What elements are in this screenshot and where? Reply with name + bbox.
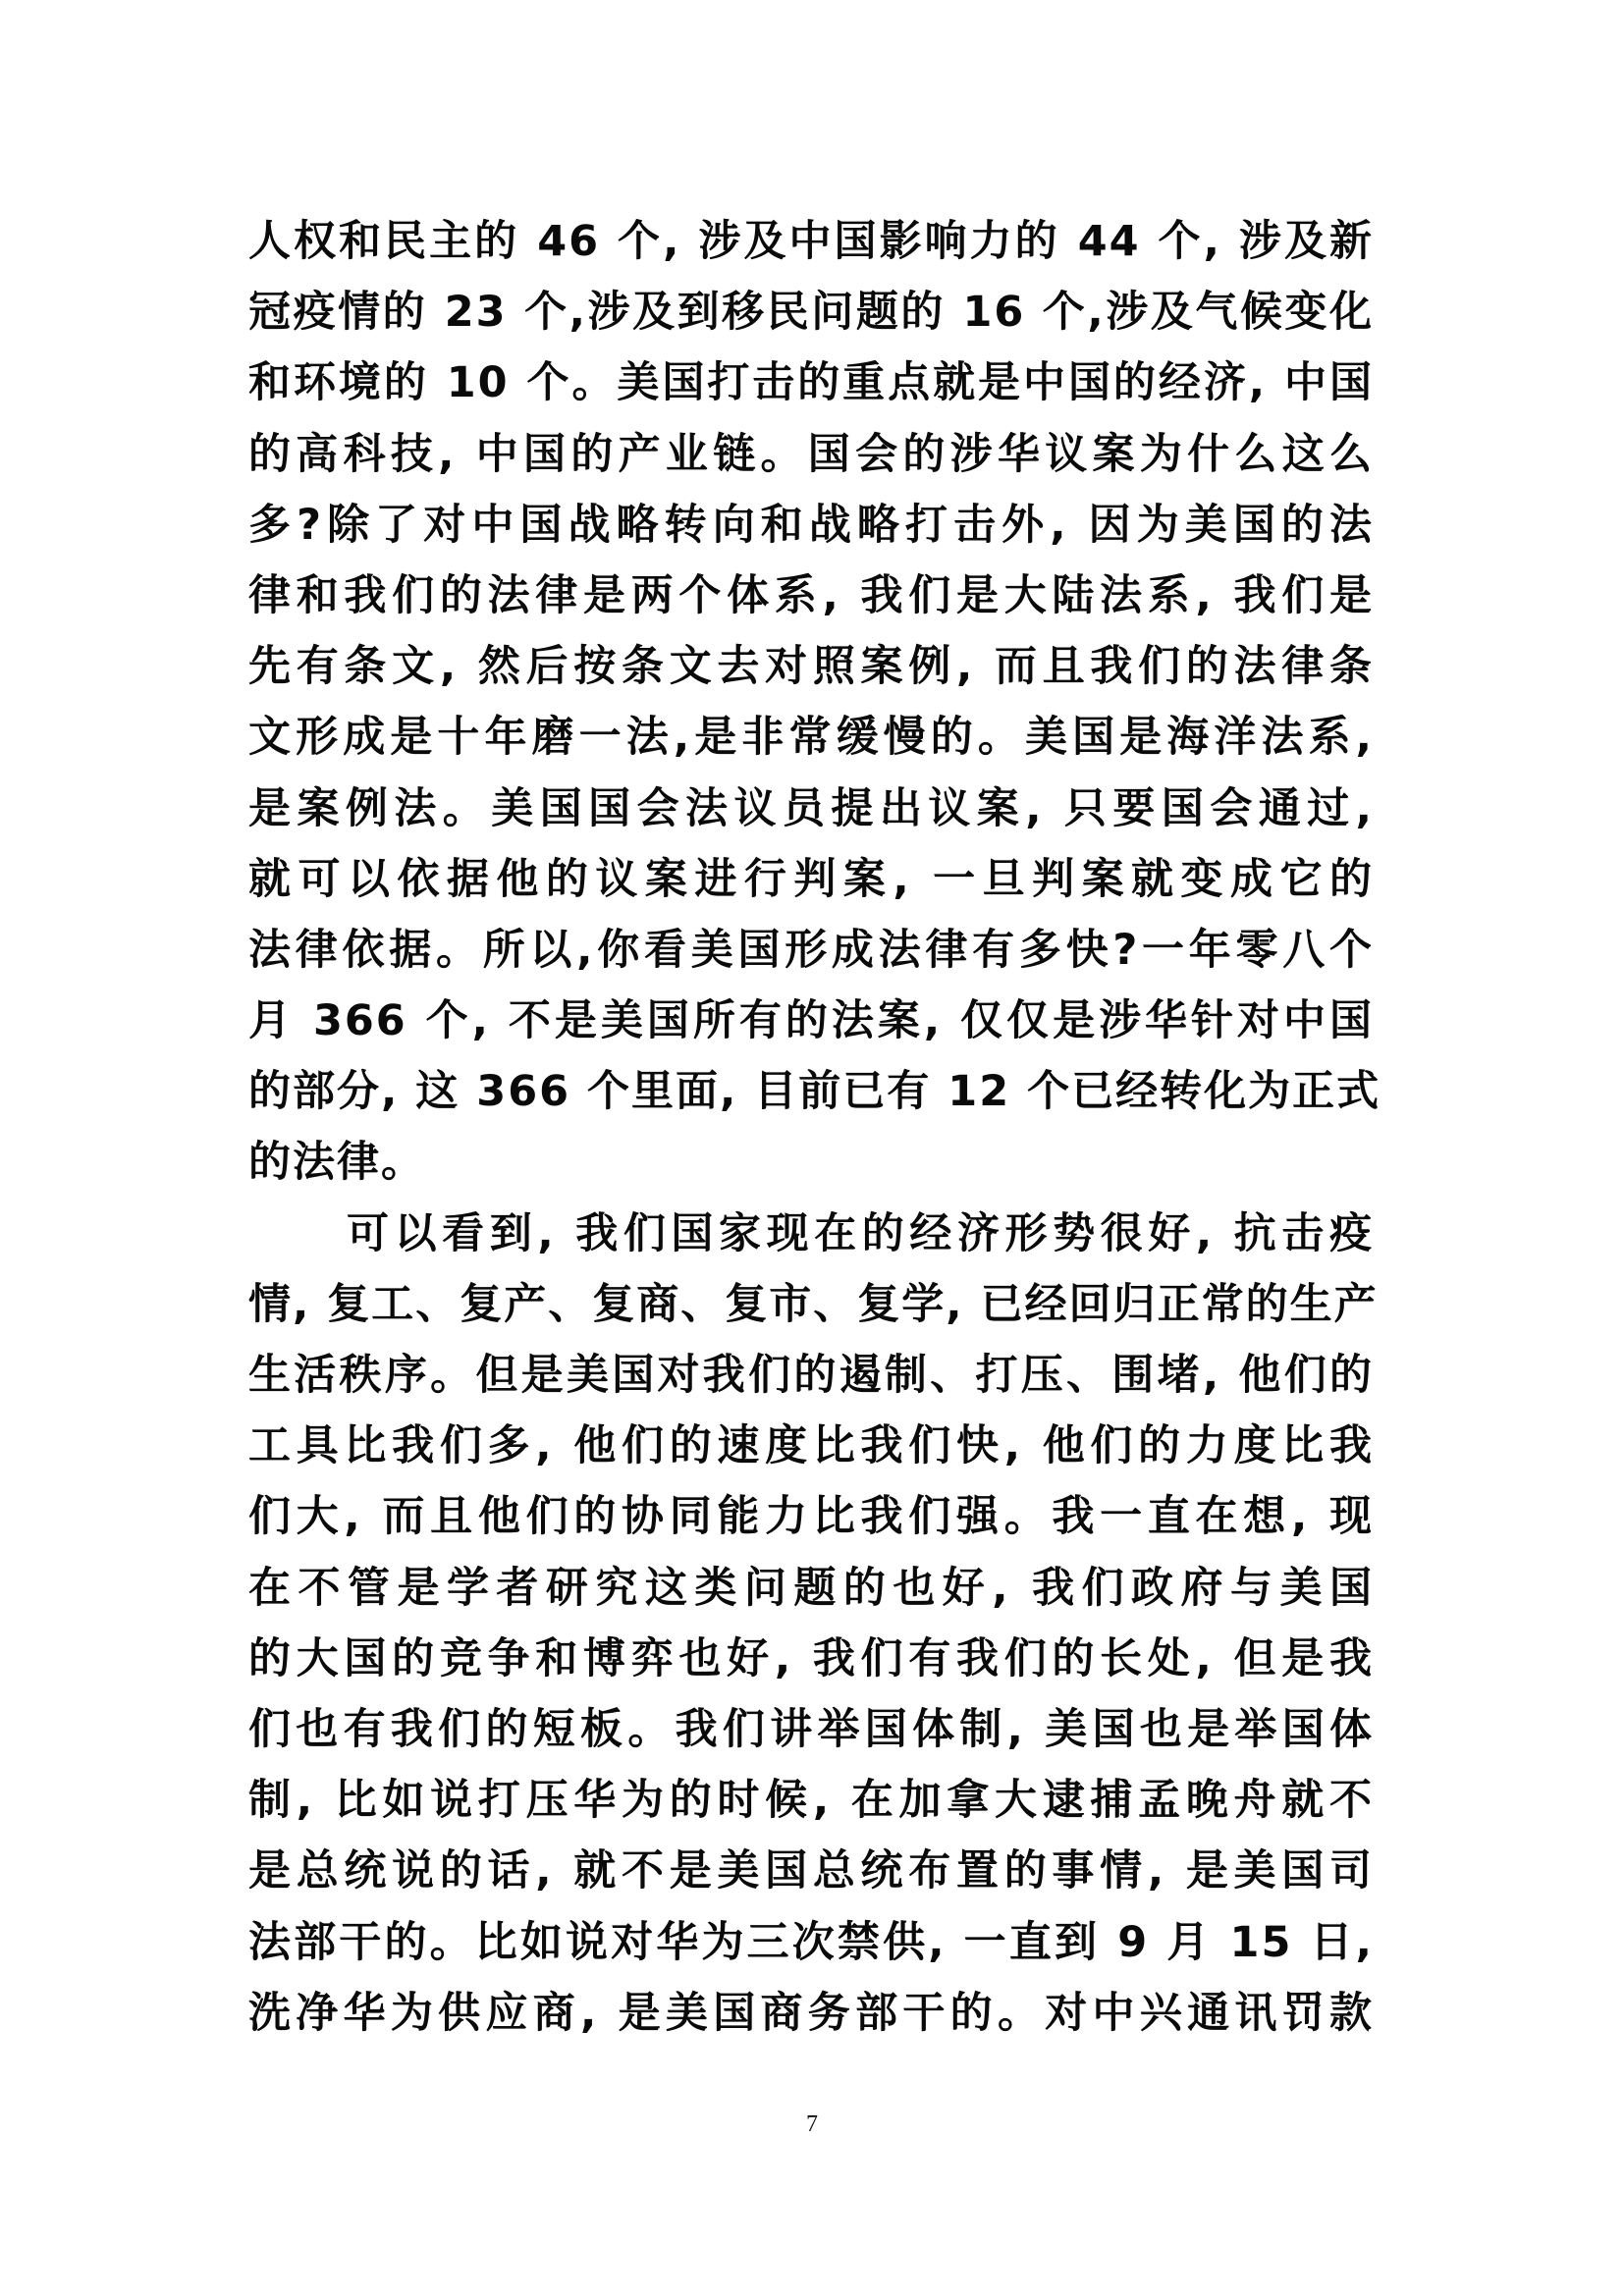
text-line: 先有条文, 然后按条文去对照案例, 而且我们的法律条 (248, 634, 1374, 705)
text-line: 的大国的竞争和博弈也好, 我们有我们的长处, 但是我 (248, 1627, 1374, 1697)
text-line: 人权和民主的 46 个, 涉及中国影响力的 44 个, 涉及新 (248, 209, 1374, 280)
text-line: 法律依据。所以,你看美国形成法律有多快?一年零八个 (248, 918, 1374, 988)
text-line: 法部干的。比如说对华为三次禁供, 一直到 9 月 15 日, (248, 1910, 1374, 1981)
text-line: 是总统说的话, 就不是美国总统布置的事情, 是美国司 (248, 1839, 1374, 1909)
page-number: 7 (0, 2111, 1624, 2138)
text-line: 洗净华为供应商, 是美国商务部干的。对中兴通讯罚款 (248, 1981, 1374, 2052)
text-line: 文形成是十年磨一法,是非常缓慢的。美国是海洋法系, (248, 705, 1374, 775)
text-line: 情, 复工、复产、复商、复市、复学, 已经回归正常的生产 (248, 1272, 1374, 1343)
text-line: 就可以依据他的议案进行判案, 一旦判案就变成它的 (248, 847, 1374, 918)
text-line: 们也有我们的短板。我们讲举国体制, 美国也是举国体 (248, 1697, 1374, 1768)
paragraph-2: 可以看到, 我们国家现在的经济形势很好, 抗击疫 情, 复工、复产、复商、复市、… (248, 1201, 1374, 2052)
text-line: 们大, 而且他们的协同能力比我们强。我一直在想, 现 (248, 1484, 1374, 1555)
text-line: 工具比我们多, 他们的速度比我们快, 他们的力度比我 (248, 1414, 1374, 1484)
text-line: 的高科技, 中国的产业链。国会的涉华议案为什么这么 (248, 422, 1374, 493)
text-line: 冠疫情的 23 个,涉及到移民问题的 16 个,涉及气候变化 (248, 280, 1374, 350)
text-line: 制, 比如说打压华为的时候, 在加拿大逮捕孟晚舟就不 (248, 1768, 1374, 1839)
text-line: 月 366 个, 不是美国所有的法案, 仅仅是涉华针对中国 (248, 988, 1374, 1059)
text-line: 在不管是学者研究这类问题的也好, 我们政府与美国 (248, 1556, 1374, 1627)
text-line: 律和我们的法律是两个体系, 我们是大陆法系, 我们是 (248, 563, 1374, 634)
text-line: 多?除了对中国战略转向和战略打击外, 因为美国的法 (248, 493, 1374, 563)
paragraph-1: 人权和民主的 46 个, 涉及中国影响力的 44 个, 涉及新 冠疫情的 23 … (248, 209, 1374, 1201)
text-line: 的法律。 (248, 1130, 1374, 1201)
body-text: 人权和民主的 46 个, 涉及中国影响力的 44 个, 涉及新 冠疫情的 23 … (248, 209, 1374, 2052)
text-line: 生活秩序。但是美国对我们的遏制、打压、围堵, 他们的 (248, 1343, 1374, 1414)
text-line: 和环境的 10 个。美国打击的重点就是中国的经济, 中国 (248, 350, 1374, 421)
text-line: 可以看到, 我们国家现在的经济形势很好, 抗击疫 (248, 1201, 1374, 1272)
text-line: 的部分, 这 366 个里面, 目前已有 12 个已经转化为正式 (248, 1059, 1374, 1130)
document-page: 人权和民主的 46 个, 涉及中国影响力的 44 个, 涉及新 冠疫情的 23 … (0, 0, 1624, 2296)
text-line: 是案例法。美国国会法议员提出议案, 只要国会通过, (248, 776, 1374, 847)
